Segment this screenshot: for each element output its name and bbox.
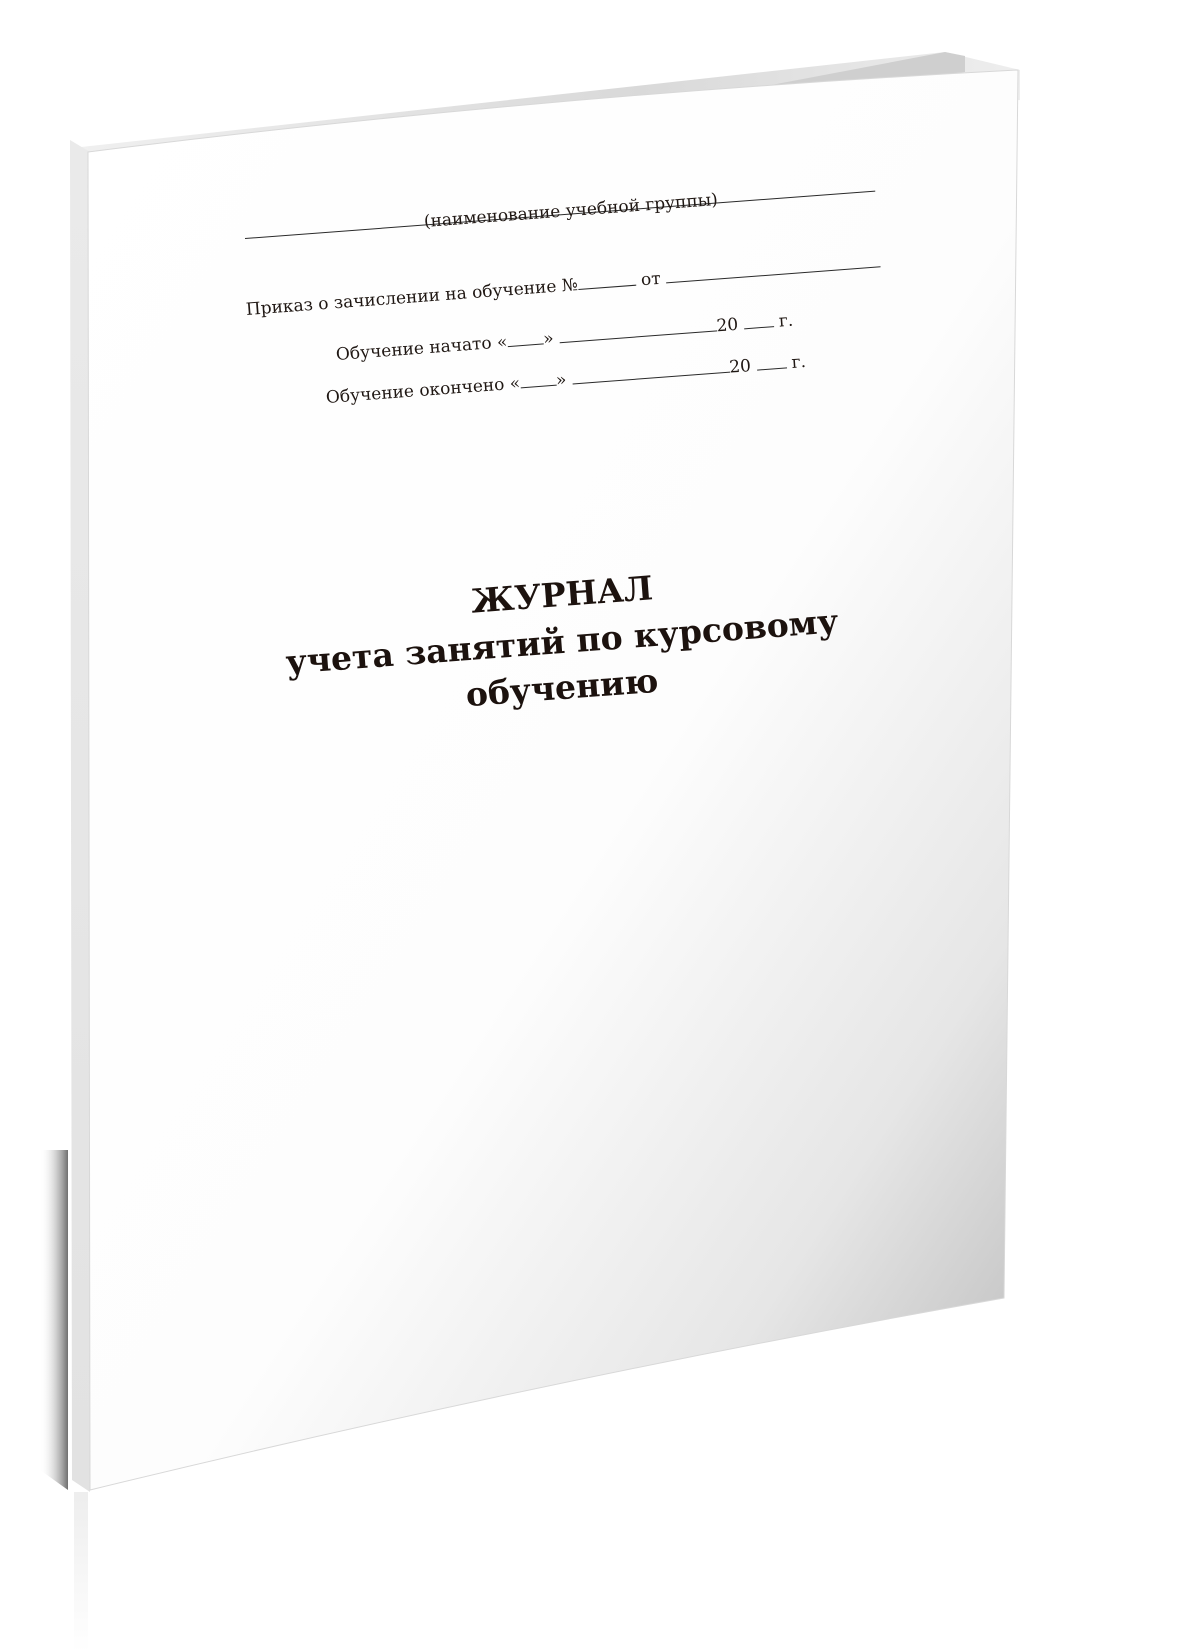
end-close-quote: » (555, 370, 567, 391)
start-close-quote: » (543, 329, 555, 350)
booklet-scene (0, 0, 1200, 1652)
start-day-blank[interactable] (508, 343, 544, 347)
end-day-blank[interactable] (520, 385, 556, 389)
end-year-suffix: г. (791, 352, 807, 373)
start-year-suffix: г. (778, 311, 794, 332)
start-year-blank[interactable] (744, 326, 774, 329)
order-from-label: от (640, 269, 661, 290)
start-year-prefix: 20 (716, 315, 739, 337)
end-year-prefix: 20 (729, 356, 752, 378)
end-year-blank[interactable] (757, 367, 787, 370)
spine-edge (70, 140, 90, 1492)
order-number-blank[interactable] (578, 285, 636, 290)
